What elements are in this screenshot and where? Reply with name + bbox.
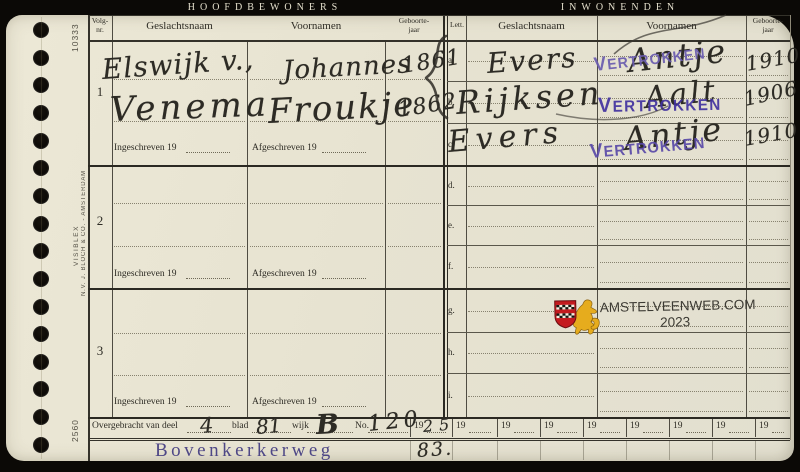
writing-line — [749, 159, 788, 160]
writing-line — [250, 203, 383, 204]
writing-line — [600, 239, 743, 240]
writing-line — [749, 262, 788, 263]
row-letter: i. — [448, 391, 453, 400]
handwritten-year-suffix: 25 — [422, 416, 456, 435]
writing-line — [749, 239, 788, 240]
table-rule-horizontal — [88, 288, 790, 290]
handwritten-no: 120 — [367, 408, 423, 436]
row-letter: d. — [448, 181, 455, 190]
serial-number-bottom: 2560 — [71, 408, 80, 442]
year-cell-prefix: 19 — [587, 422, 597, 432]
year-cell-divider — [755, 419, 756, 437]
writing-line — [749, 199, 788, 200]
ingeschreven-label: Ingeschreven 19 — [114, 398, 177, 408]
year-cell-divider — [712, 419, 713, 437]
year-cell-blank — [772, 432, 784, 433]
year-cell-divider — [540, 419, 541, 437]
handwritten-house-number: 83. — [416, 439, 453, 460]
writing-line — [600, 282, 743, 283]
header-geslachtsnaam-right: Geslachtsnaam — [466, 21, 597, 33]
writing-line — [749, 348, 788, 349]
left-panel-title: HOOFDBEWONERS — [165, 2, 365, 13]
header-geboortejaar-right-1: Geboorte- — [746, 17, 790, 25]
year-cell-blank — [469, 432, 491, 433]
header-geslachtsnaam-left: Geslachtsnaam — [112, 21, 247, 33]
header-geboortejaar-left-2: jaar — [385, 26, 443, 34]
header-volgnr-1: Volg- — [88, 17, 112, 25]
writing-line — [388, 375, 441, 376]
table-rule-horizontal — [447, 205, 790, 206]
writing-line — [468, 186, 594, 187]
writing-line — [250, 375, 383, 376]
writing-line — [749, 181, 788, 182]
transfer-label-wijk: wijk — [292, 422, 309, 432]
maker-name: VISIBLEX — [74, 196, 81, 266]
section-number: 3 — [88, 344, 112, 357]
writing-line — [468, 226, 594, 227]
street-row-divider — [712, 441, 713, 460]
table-rule-vertical — [746, 15, 747, 417]
writing-line — [114, 375, 245, 376]
year-cell-prefix: 19 — [456, 422, 466, 432]
table-rule-vertical — [88, 15, 90, 461]
year-cell-blank — [600, 432, 620, 433]
year-cell-prefix: 19 — [501, 422, 511, 432]
writing-line — [250, 246, 383, 247]
row-letter: e. — [448, 221, 454, 230]
afgeschreven-label: Afgeschreven 19 — [252, 270, 317, 280]
writing-line — [749, 75, 788, 76]
street-row-divider — [410, 441, 411, 460]
writing-line — [600, 411, 743, 412]
year-cell-prefix: 19 — [716, 422, 726, 432]
year-cell-divider — [626, 419, 627, 437]
ingeschreven-label: Ingeschreven 19 — [114, 270, 177, 280]
year-cell-blank — [514, 432, 534, 433]
writing-line — [600, 221, 743, 222]
writing-line — [749, 282, 788, 283]
street-row-divider — [583, 441, 584, 460]
handwritten-surname: Rijksen — [455, 77, 604, 119]
street-row-divider — [540, 441, 541, 460]
header-volgnr-2: nr. — [88, 26, 112, 34]
handwritten-blad: 81 — [255, 415, 282, 437]
ingeschreven-blank — [186, 152, 230, 153]
year-cell-blank — [557, 432, 577, 433]
row-letter: g. — [448, 306, 455, 315]
writing-line — [388, 203, 441, 204]
writing-line — [600, 391, 743, 392]
afgeschreven-blank — [322, 152, 366, 153]
street-row-divider — [497, 441, 498, 460]
writing-line — [600, 199, 743, 200]
ingeschreven-blank — [186, 278, 230, 279]
ingeschreven-blank — [186, 406, 230, 407]
street-name-stamp: Bovenkerkerweg — [155, 441, 334, 460]
writing-line — [749, 221, 788, 222]
year-cell-blank — [643, 432, 663, 433]
writing-line — [600, 348, 743, 349]
year-cell-prefix: 19 — [630, 422, 640, 432]
writing-line — [749, 326, 788, 327]
afgeschreven-blank — [322, 278, 366, 279]
transfer-label-blad: blad — [232, 422, 248, 432]
writing-line — [749, 391, 788, 392]
writing-line — [600, 262, 743, 263]
transfer-label-deel: Overgebracht van deel — [92, 422, 178, 432]
writing-line — [468, 267, 594, 268]
table-rule-vertical — [466, 15, 467, 417]
year-cell-blank — [686, 432, 706, 433]
year-cell-divider — [497, 419, 498, 437]
writing-line — [468, 396, 594, 397]
handwritten-wijk: B — [315, 411, 339, 439]
year-cell-divider — [669, 419, 670, 437]
watermark: AMSTELVEENWEB.COM 2023 — [553, 294, 754, 336]
header-voornamen-left: Voornamen — [247, 21, 385, 33]
table-rule-vertical — [447, 15, 448, 419]
maker-address: N.V. J. BLOCH & CO. - AMSTERDAM — [81, 168, 87, 296]
afgeschreven-label: Afgeschreven 19 — [252, 398, 317, 408]
table-rule-horizontal — [88, 165, 790, 167]
writing-line — [114, 333, 245, 334]
afgeschreven-blank — [322, 406, 366, 407]
street-row-divider — [626, 441, 627, 460]
table-rule-horizontal — [447, 245, 790, 246]
table-rule-vertical — [443, 15, 445, 419]
year-cell-prefix: 19 — [673, 422, 683, 432]
ingeschreven-label: Ingeschreven 19 — [114, 144, 177, 154]
afgeschreven-label: Afgeschreven 19 — [252, 144, 317, 154]
right-panel-title: INWONENDEN — [520, 2, 720, 13]
year-cell-blank — [729, 432, 749, 433]
writing-line — [250, 333, 383, 334]
year-cell-prefix: 19 — [544, 422, 554, 432]
table-rule-horizontal — [447, 373, 790, 374]
amstelveen-coat-of-arms-icon — [553, 297, 602, 336]
writing-line — [114, 246, 245, 247]
handwritten-surname: Evers — [486, 44, 578, 78]
scanned-register-card: HOOFDBEWONERS INWONENDEN 10333 VISIBLEX … — [0, 0, 800, 472]
handwritten-deel: 4 — [199, 415, 214, 437]
handwritten-surname: Venema — [109, 87, 270, 127]
year-cell-prefix: 19 — [759, 422, 769, 432]
writing-line — [114, 203, 245, 204]
section-number: 2 — [88, 214, 112, 227]
street-row-divider — [669, 441, 670, 460]
handwritten-firstname: Johannes — [282, 51, 412, 84]
row-letter: f. — [448, 262, 453, 271]
card-crease — [41, 17, 42, 459]
writing-line — [749, 411, 788, 412]
writing-line — [388, 246, 441, 247]
watermark-year: 2023 — [600, 312, 750, 331]
watermark-site: AMSTELVEENWEB.COM — [600, 297, 750, 316]
header-geboortejaar-left-1: Geboorte- — [385, 17, 443, 25]
vertrokken-stamp: VERTROKKEN — [598, 94, 722, 117]
row-letter: h. — [448, 348, 455, 357]
writing-line — [600, 181, 743, 182]
writing-line — [749, 117, 788, 118]
writing-line — [749, 367, 788, 368]
table-rule-horizontal — [88, 15, 790, 16]
handwritten-firstname: Froukje — [267, 87, 416, 129]
serial-number-top: 10333 — [71, 16, 80, 52]
street-row-divider — [755, 441, 756, 460]
writing-line — [388, 333, 441, 334]
writing-line — [468, 353, 594, 354]
year-cell-divider — [583, 419, 584, 437]
header-geboortejaar-right-2: jaar — [746, 26, 790, 34]
writing-line — [600, 367, 743, 368]
